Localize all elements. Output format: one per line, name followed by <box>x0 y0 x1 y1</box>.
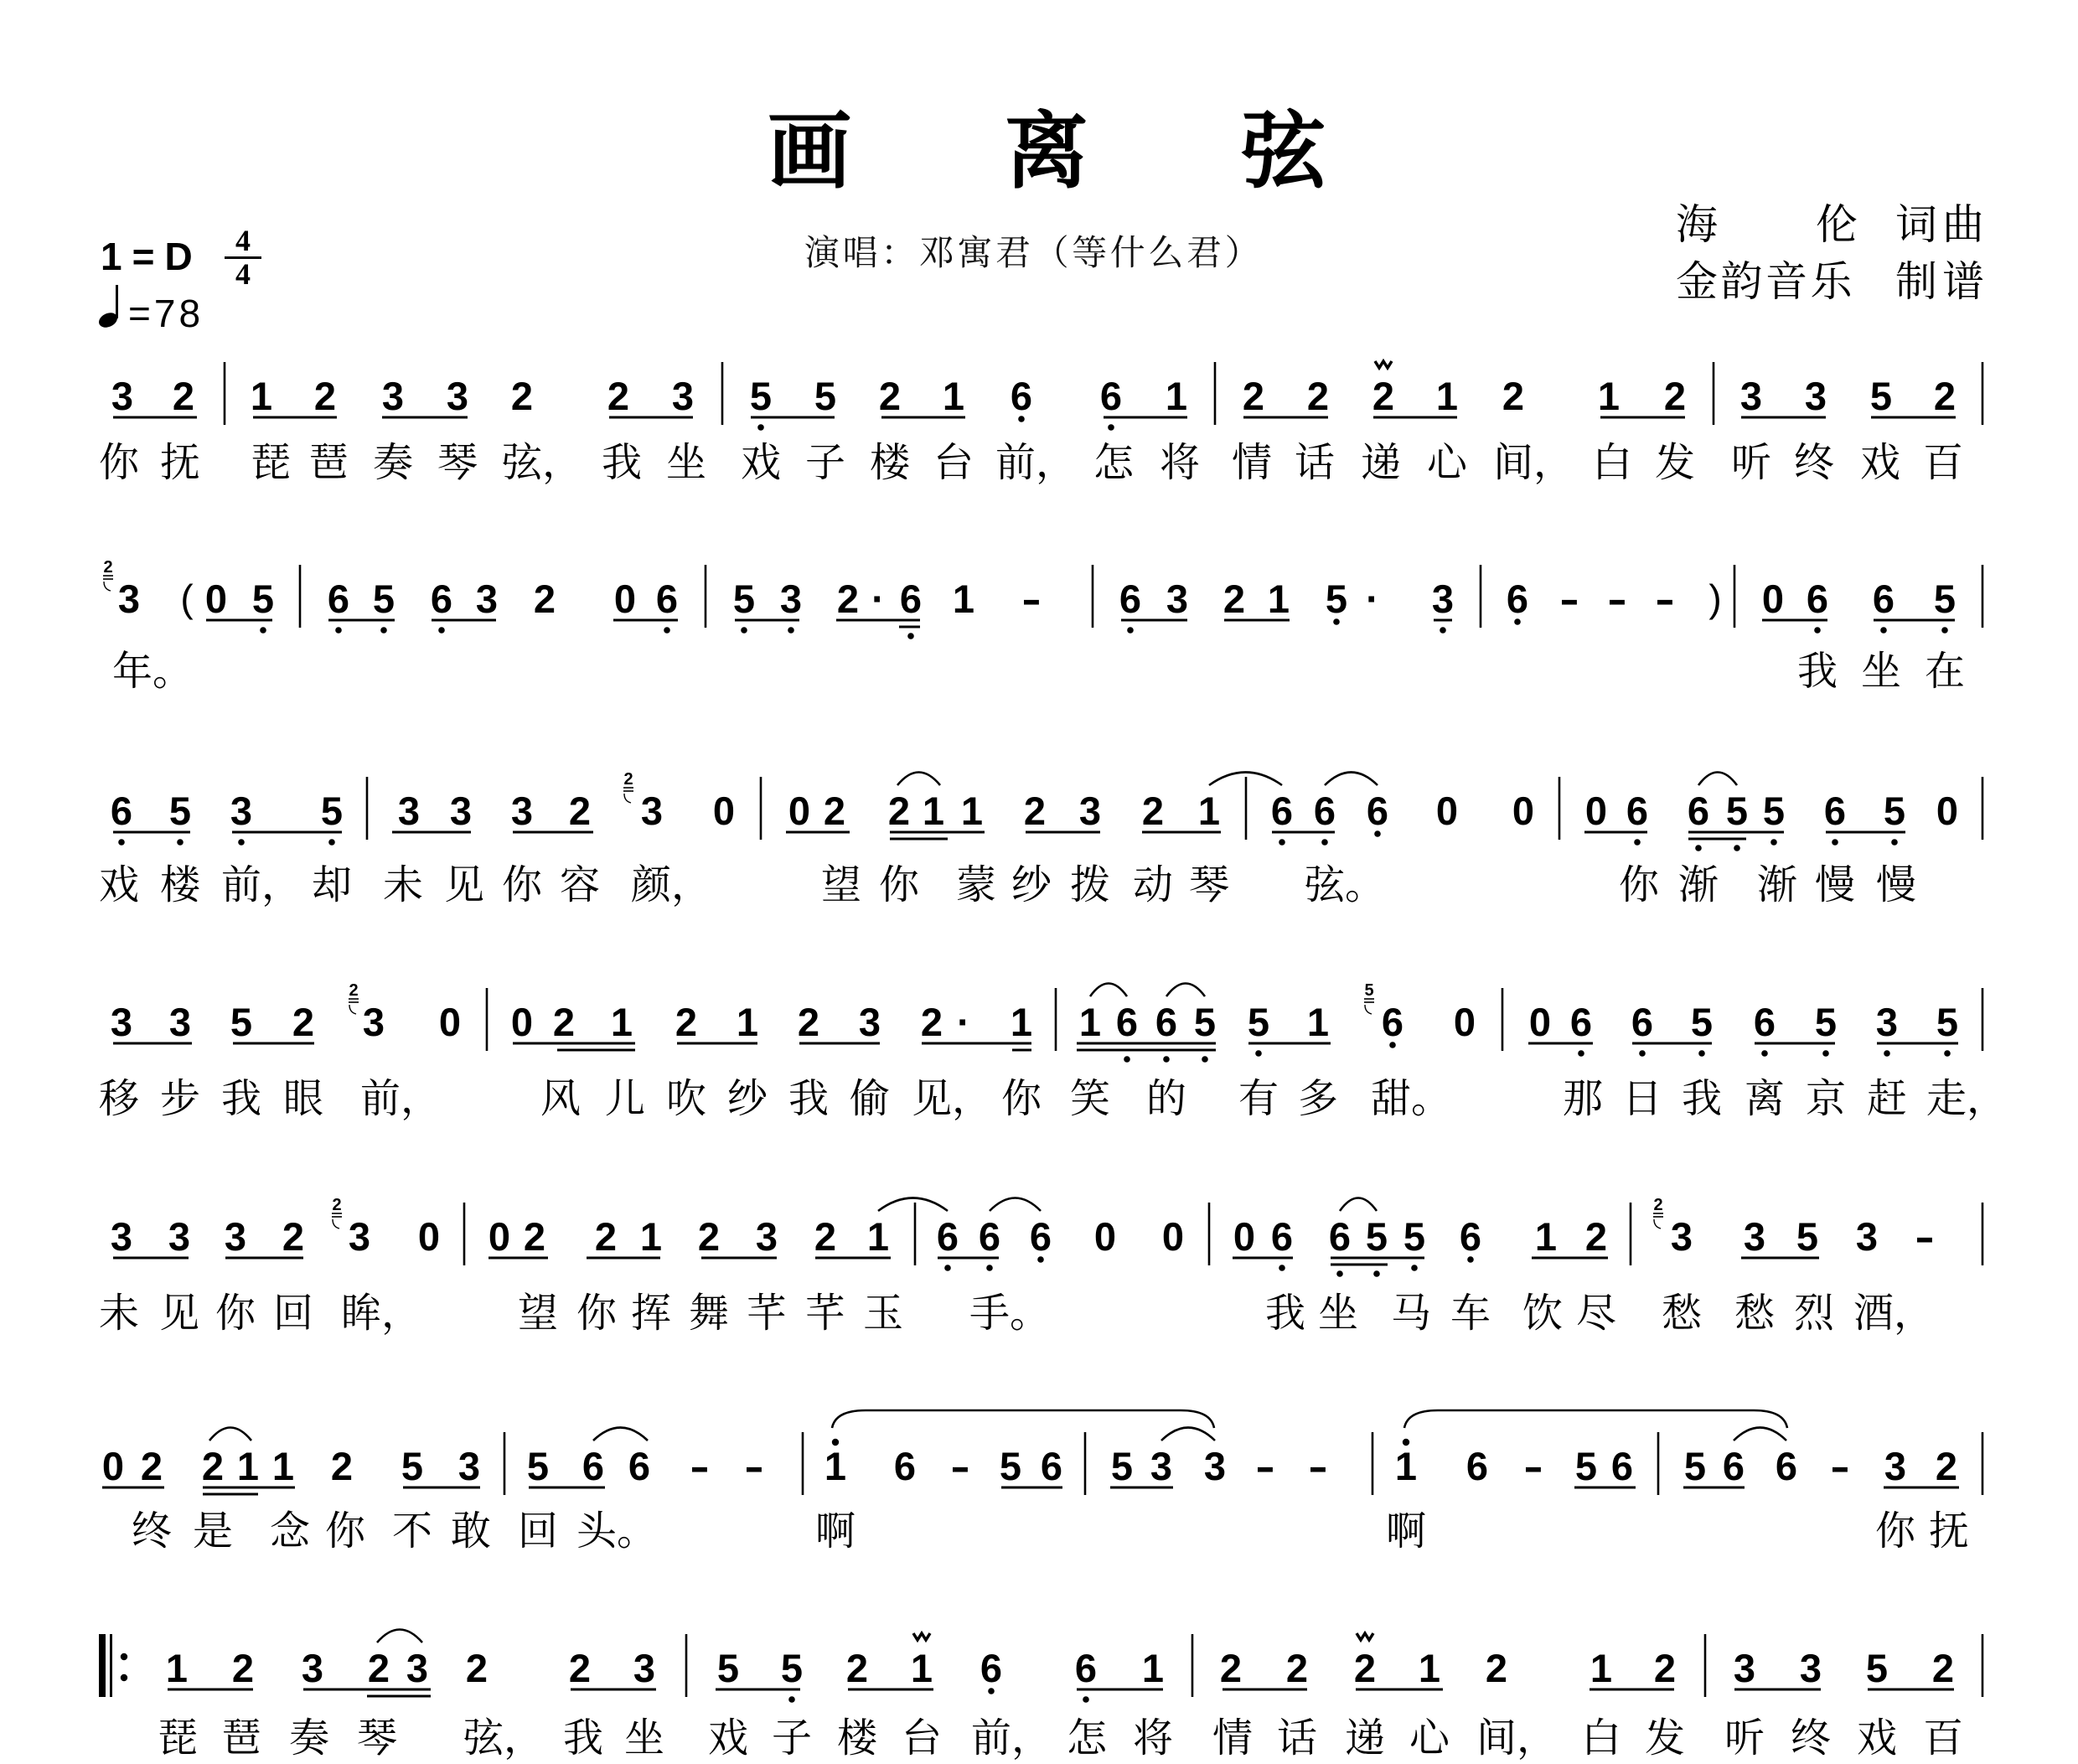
note: 6 <box>1723 1446 1745 1486</box>
lyric-char: 我 <box>1797 651 1838 691</box>
note: 3 <box>118 579 140 618</box>
low-octave-dot <box>1083 1696 1089 1703</box>
note: 6 <box>656 579 678 618</box>
low-octave-dot <box>1639 1050 1646 1057</box>
note: 1 <box>640 1217 662 1256</box>
slur <box>593 1428 648 1441</box>
slur <box>878 1198 948 1212</box>
low-octave-dot <box>1891 839 1898 846</box>
lyric-char: 甜 <box>1371 1079 1411 1119</box>
lyric-char: 情 <box>1212 1718 1253 1758</box>
note: 6 <box>1367 791 1388 830</box>
low-octave-dot <box>788 627 794 634</box>
mordent-icon <box>1375 361 1392 368</box>
low-octave-dot <box>1578 1050 1584 1057</box>
note: 1 <box>1079 1002 1101 1042</box>
lyric-char: 你 <box>502 865 542 905</box>
note: 1 <box>1166 376 1187 416</box>
lyric-char: 颜 <box>631 865 671 905</box>
lyric-char: 的 <box>1146 1079 1186 1119</box>
lyric-char: 我 <box>563 1718 603 1758</box>
sustain-dash: - <box>1915 1217 1934 1256</box>
lyric-char: 我 <box>221 1079 261 1119</box>
note: 1 <box>737 1002 758 1042</box>
note: 2 <box>1142 791 1164 830</box>
low-octave-dot <box>1941 627 1948 634</box>
note: 5 <box>1684 1446 1706 1486</box>
note: 1 <box>1419 1648 1440 1688</box>
lyric-char: 戏 <box>741 442 781 483</box>
lyric-char: 吹 <box>666 1079 706 1119</box>
note: 3 <box>169 1002 191 1042</box>
low-octave-dot <box>1440 627 1446 634</box>
note: 5 <box>1194 1002 1216 1042</box>
note: 3 <box>756 1217 778 1256</box>
note: 1 <box>1142 1648 1164 1688</box>
note: 3 <box>111 1002 132 1042</box>
lyric-char: 芊 <box>805 1293 845 1333</box>
lyric-char: 年 <box>112 651 152 691</box>
note: 5 <box>1366 1217 1388 1256</box>
lyric-char: 走 <box>1926 1079 1967 1119</box>
note: 2 <box>888 791 910 830</box>
lyric-char: 将 <box>1133 1718 1173 1758</box>
slur <box>209 1428 251 1441</box>
note: 2 <box>141 1446 163 1486</box>
low-octave-dot <box>438 627 445 634</box>
lyric-char: 间 <box>1493 442 1533 483</box>
note: 1 <box>1395 1446 1417 1486</box>
note: 6 <box>111 791 132 830</box>
lyric-char: 坐 <box>666 442 706 483</box>
note: 3 <box>476 579 498 618</box>
lyric-char: 啊 <box>815 1511 855 1551</box>
sustain-dash: - <box>1308 1446 1327 1486</box>
sustain-dash: - <box>950 1446 969 1486</box>
low-octave-dot <box>1279 1265 1285 1271</box>
lyric-char: 听 <box>1731 442 1771 483</box>
lyric-char: ， <box>1533 442 1574 483</box>
grace-note: 2 <box>623 771 633 788</box>
note: 5 <box>373 579 395 618</box>
note: 3 <box>859 1002 881 1042</box>
note: 2 <box>511 376 533 416</box>
lyric-char: 楼 <box>870 442 910 483</box>
lyric-char: 眸 <box>341 1293 381 1333</box>
grace-note: 2 <box>1653 1197 1662 1213</box>
low-octave-dot <box>1832 839 1838 846</box>
lyric-char: 戏 <box>99 865 139 905</box>
repeat-start-thick-bar <box>99 1634 106 1697</box>
note: 6 <box>1329 1217 1351 1256</box>
lyric-char: 心 <box>1427 442 1467 483</box>
grace-slur <box>349 1005 356 1014</box>
grace-note: 2 <box>349 982 358 999</box>
note: 3 <box>450 791 472 830</box>
slur <box>1734 1428 1786 1441</box>
lyric-char: 风 <box>540 1079 581 1119</box>
grace-note: 2 <box>103 559 112 576</box>
lyric-char: 玉 <box>863 1293 903 1333</box>
note: 5 <box>1815 1002 1837 1042</box>
lyric-char: 你 <box>1619 865 1659 905</box>
lyric-char: 台 <box>902 1718 942 1758</box>
lyric-char: 回 <box>273 1293 313 1333</box>
note: 2 <box>921 1002 943 1042</box>
note: 6 <box>1041 1446 1062 1486</box>
augmentation-dot: · <box>1366 579 1379 618</box>
slur <box>1340 1198 1377 1212</box>
low-octave-dot <box>907 633 914 639</box>
note: 0 <box>1162 1217 1184 1256</box>
lyric-char: 多 <box>1298 1079 1338 1119</box>
note: 5 <box>169 791 191 830</box>
note: 3 <box>447 376 468 416</box>
note: 3 <box>1150 1446 1172 1486</box>
lyric-char: 白 <box>1581 1718 1621 1758</box>
note: 2 <box>282 1217 304 1256</box>
note: 3 <box>1884 1446 1906 1486</box>
note: 0 <box>418 1217 440 1256</box>
note: 2 <box>1486 1648 1507 1688</box>
note: 5 <box>733 579 755 618</box>
lyric-char: 未 <box>99 1293 139 1333</box>
lyric-char: 子 <box>805 442 845 483</box>
lyric-char: 琴 <box>437 442 478 483</box>
lyric-char: 坐 <box>624 1718 664 1758</box>
parenthesis: ( <box>180 579 193 618</box>
mordent-icon <box>1357 1633 1373 1640</box>
note: 3 <box>111 376 133 416</box>
low-octave-dot <box>335 627 342 634</box>
low-octave-dot <box>986 1265 993 1271</box>
low-octave-dot <box>1279 839 1285 846</box>
note: 2 <box>1932 1648 1954 1688</box>
lyric-char: 你 <box>1001 1079 1042 1119</box>
lyric-char: 奏 <box>289 1718 329 1758</box>
lyric-char: 舞 <box>689 1293 729 1333</box>
note: 5 <box>1326 579 1347 618</box>
lyric-char: 愁 <box>1662 1293 1702 1333</box>
note: 2 <box>837 579 859 618</box>
low-octave-dot <box>1321 839 1328 846</box>
lyric-char: 抚 <box>1929 1511 1969 1551</box>
lyric-char: 情 <box>1232 442 1272 483</box>
lyric-char: ， <box>952 1079 992 1119</box>
lyric-char: ， <box>381 1293 421 1333</box>
note: 0 <box>1529 1002 1551 1042</box>
note: 5 <box>781 1648 803 1688</box>
lyric-char: 。 <box>1010 1293 1050 1333</box>
low-octave-dot <box>1163 1056 1170 1063</box>
note: 3 <box>111 1217 132 1256</box>
phrase-slur <box>832 1410 1214 1428</box>
note: 0 <box>1233 1217 1255 1256</box>
note: 6 <box>1824 791 1846 830</box>
lyric-char: 琶 <box>221 1718 261 1758</box>
lyric-char: 你 <box>576 1293 617 1333</box>
note: 3 <box>633 1648 655 1688</box>
note: 3 <box>406 1648 428 1688</box>
lyric-char: 离 <box>1745 1079 1785 1119</box>
note: 5 <box>1884 791 1905 830</box>
low-octave-dot <box>1734 845 1740 851</box>
note: 6 <box>1271 1217 1293 1256</box>
grace-slur <box>1654 1219 1661 1229</box>
lyric-char: 纱 <box>1011 865 1052 905</box>
sustain-dash: - <box>1607 579 1626 618</box>
lyric-char: 见 <box>159 1293 199 1333</box>
lyric-char: 楼 <box>837 1718 877 1758</box>
lyric-char: 蒙 <box>956 865 996 905</box>
note: 0 <box>1454 1002 1476 1042</box>
note: 5 <box>750 376 772 416</box>
lyric-char: 发 <box>1645 1718 1685 1758</box>
lyric-char: 你 <box>325 1511 365 1551</box>
lyric-char: 饮 <box>1522 1293 1563 1333</box>
note: 2 <box>1286 1648 1308 1688</box>
note: 5 <box>1870 376 1892 416</box>
note: 5 <box>1248 1002 1269 1042</box>
note: 6 <box>980 1648 1002 1688</box>
sustain-dash: - <box>1559 579 1579 618</box>
sustain-dash: - <box>744 1446 763 1486</box>
low-octave-dot <box>328 839 335 846</box>
lyric-char: 眼 <box>283 1079 323 1119</box>
note: 5 <box>1796 1217 1818 1256</box>
note: 5 <box>527 1446 549 1486</box>
grace-slur <box>104 582 111 591</box>
note: 2 <box>292 1002 314 1042</box>
lyric-char: 百 <box>1923 442 1963 483</box>
note: 3 <box>382 376 404 416</box>
note: 3 <box>1734 1648 1755 1688</box>
note: 1 <box>1198 791 1220 830</box>
note: 5 <box>1866 1648 1888 1688</box>
note: 2 <box>1934 376 1956 416</box>
note: 1 <box>1268 579 1290 618</box>
note: 2 <box>368 1648 390 1688</box>
lyric-char: 。 <box>1411 1079 1451 1119</box>
note: 6 <box>1314 791 1336 830</box>
lyric-char: 是 <box>193 1511 233 1551</box>
lyric-char: 京 <box>1806 1079 1846 1119</box>
note: 0 <box>788 791 810 830</box>
note: 1 <box>1307 1002 1329 1042</box>
lyric-char: 有 <box>1238 1079 1279 1119</box>
low-octave-dot <box>380 627 387 634</box>
note: 0 <box>1936 791 1958 830</box>
note: 2 <box>569 1648 591 1688</box>
lyric-char: 你 <box>879 865 919 905</box>
lyric-char: 车 <box>1450 1293 1491 1333</box>
note: 6 <box>628 1446 650 1486</box>
lyric-char: 琵 <box>251 442 291 483</box>
note: 5 <box>252 579 274 618</box>
lyric-char: 见 <box>912 1079 952 1119</box>
low-octave-dot <box>1255 1050 1262 1057</box>
note: 6 <box>979 1217 1000 1256</box>
note: 1 <box>611 1002 633 1042</box>
note: 0 <box>439 1002 461 1042</box>
slur <box>1161 1428 1215 1441</box>
note: 3 <box>1800 1648 1822 1688</box>
note: 6 <box>1776 1446 1797 1486</box>
note: 5 <box>230 1002 252 1042</box>
note: 5 <box>1575 1446 1597 1486</box>
note: 6 <box>431 579 452 618</box>
lyric-char: 琶 <box>308 442 349 483</box>
note: 3 <box>349 1217 370 1256</box>
lyric-char: 敢 <box>451 1511 491 1551</box>
note: 5 <box>321 791 343 830</box>
note: 3 <box>1805 376 1827 416</box>
lyric-char: 渐 <box>1678 865 1719 905</box>
lyric-char: 日 <box>1622 1079 1662 1119</box>
lyric-char: 琴 <box>357 1718 397 1758</box>
note: 1 <box>1590 1648 1612 1688</box>
slur <box>897 773 940 786</box>
note: 3 <box>458 1446 480 1486</box>
lyric-char: 心 <box>1409 1718 1450 1758</box>
lyric-char: 楼 <box>160 865 200 905</box>
note: 2 <box>1024 791 1046 830</box>
sustain-dash: - <box>1830 1446 1849 1486</box>
note: 6 <box>937 1217 959 1256</box>
lyric-char: ， <box>504 1718 544 1758</box>
note: 2 <box>1654 1648 1676 1688</box>
lyric-char: 发 <box>1655 442 1695 483</box>
low-octave-dot <box>664 627 670 634</box>
lyric-char: 前 <box>971 1718 1011 1758</box>
lyric-char: 递 <box>1345 1718 1385 1758</box>
note: 6 <box>1382 1002 1403 1042</box>
low-octave-dot <box>1695 845 1702 851</box>
low-octave-dot <box>1411 1265 1418 1271</box>
note: 3 <box>1856 1217 1878 1256</box>
note: 1 <box>867 1217 889 1256</box>
lyric-char: 戏 <box>708 1718 748 1758</box>
note: 1 <box>923 791 944 830</box>
note: 5 <box>1726 791 1748 830</box>
note: 3 <box>168 1217 190 1256</box>
low-octave-dot <box>741 627 747 634</box>
lyric-char: ， <box>542 442 582 483</box>
lyric-char: 未 <box>383 865 423 905</box>
note: 2 <box>553 1002 575 1042</box>
lyric-char: 间 <box>1476 1718 1517 1758</box>
low-octave-dot <box>1814 627 1821 634</box>
note: 6 <box>1100 376 1122 416</box>
sustain-dash: - <box>690 1446 709 1486</box>
lyric-char: 烈 <box>1794 1293 1834 1333</box>
grace-note: 5 <box>1364 982 1373 999</box>
sustain-dash: - <box>1021 579 1041 618</box>
lyric-char: 前 <box>360 1079 401 1119</box>
lyric-char: 纱 <box>727 1079 768 1119</box>
lyric-char: ， <box>401 1079 441 1119</box>
note: 0 <box>205 579 227 618</box>
lyric-char: ， <box>1967 1079 2007 1119</box>
note: 1 <box>251 376 272 416</box>
lyric-char: ， <box>261 865 302 905</box>
lyric-char: 那 <box>1563 1079 1603 1119</box>
lyric-char: 终 <box>132 1511 172 1551</box>
note: 5 <box>1111 1446 1133 1486</box>
grace-note: 2 <box>332 1197 341 1213</box>
note: 2 <box>846 1648 868 1688</box>
note: 2 <box>1307 376 1329 416</box>
lyric-char: ， <box>1517 1718 1557 1758</box>
note: 5 <box>717 1648 739 1688</box>
note: 5 <box>1763 791 1785 830</box>
lyric-char: 容 <box>560 865 600 905</box>
note: 1 <box>1436 376 1458 416</box>
note: 6 <box>1119 579 1141 618</box>
lyric-char: 我 <box>1265 1293 1305 1333</box>
slur <box>990 1198 1041 1212</box>
note: 6 <box>1466 1446 1488 1486</box>
note: 2 <box>698 1217 720 1256</box>
note: 6 <box>1116 1002 1138 1042</box>
parenthesis: ) <box>1708 579 1721 618</box>
note: 6 <box>1011 376 1032 416</box>
low-octave-dot <box>788 1696 795 1703</box>
note: 3 <box>1740 376 1762 416</box>
lyric-char: 。 <box>617 1511 657 1551</box>
lyric-char: 终 <box>1791 1718 1831 1758</box>
note: 2 <box>798 1002 819 1042</box>
note: 0 <box>1762 579 1784 618</box>
low-octave-dot <box>1124 1056 1130 1063</box>
note: 6 <box>1688 791 1709 830</box>
note: 3 <box>1204 1446 1226 1486</box>
note: 2 <box>595 1217 617 1256</box>
note: 6 <box>1075 1648 1097 1688</box>
lyric-char: 前 <box>221 865 261 905</box>
lyric-char: 动 <box>1133 865 1173 905</box>
low-octave-dot <box>1634 839 1641 846</box>
note: 1 <box>961 791 983 830</box>
lyric-char: 你 <box>1875 1511 1915 1551</box>
lyric-char: 将 <box>1160 442 1200 483</box>
lyric-char: 终 <box>1794 442 1834 483</box>
note: 6 <box>1631 1002 1653 1042</box>
lyric-char: 却 <box>312 865 352 905</box>
lyric-char: 坐 <box>1318 1293 1358 1333</box>
note: 1 <box>911 1648 933 1688</box>
low-octave-dot <box>238 839 245 846</box>
lyric-char: 你 <box>99 442 139 483</box>
note: 3 <box>363 1002 385 1042</box>
note: 6 <box>1155 1002 1177 1042</box>
note: 3 <box>1079 791 1101 830</box>
lyric-char: ， <box>1011 1718 1052 1758</box>
note: 6 <box>1626 791 1648 830</box>
low-octave-dot <box>177 839 184 846</box>
low-octave-dot <box>1202 1056 1208 1063</box>
repeat-dot <box>121 1653 127 1660</box>
note: 5 <box>1936 1002 1958 1042</box>
note: 1 <box>237 1446 259 1486</box>
lyric-char: 弦 <box>463 1718 504 1758</box>
low-octave-dot <box>1373 1270 1380 1277</box>
note: 0 <box>1094 1217 1116 1256</box>
sustain-dash: - <box>1255 1446 1274 1486</box>
low-octave-dot <box>944 1265 951 1271</box>
note: 6 <box>1460 1217 1481 1256</box>
note: 6 <box>900 579 922 618</box>
